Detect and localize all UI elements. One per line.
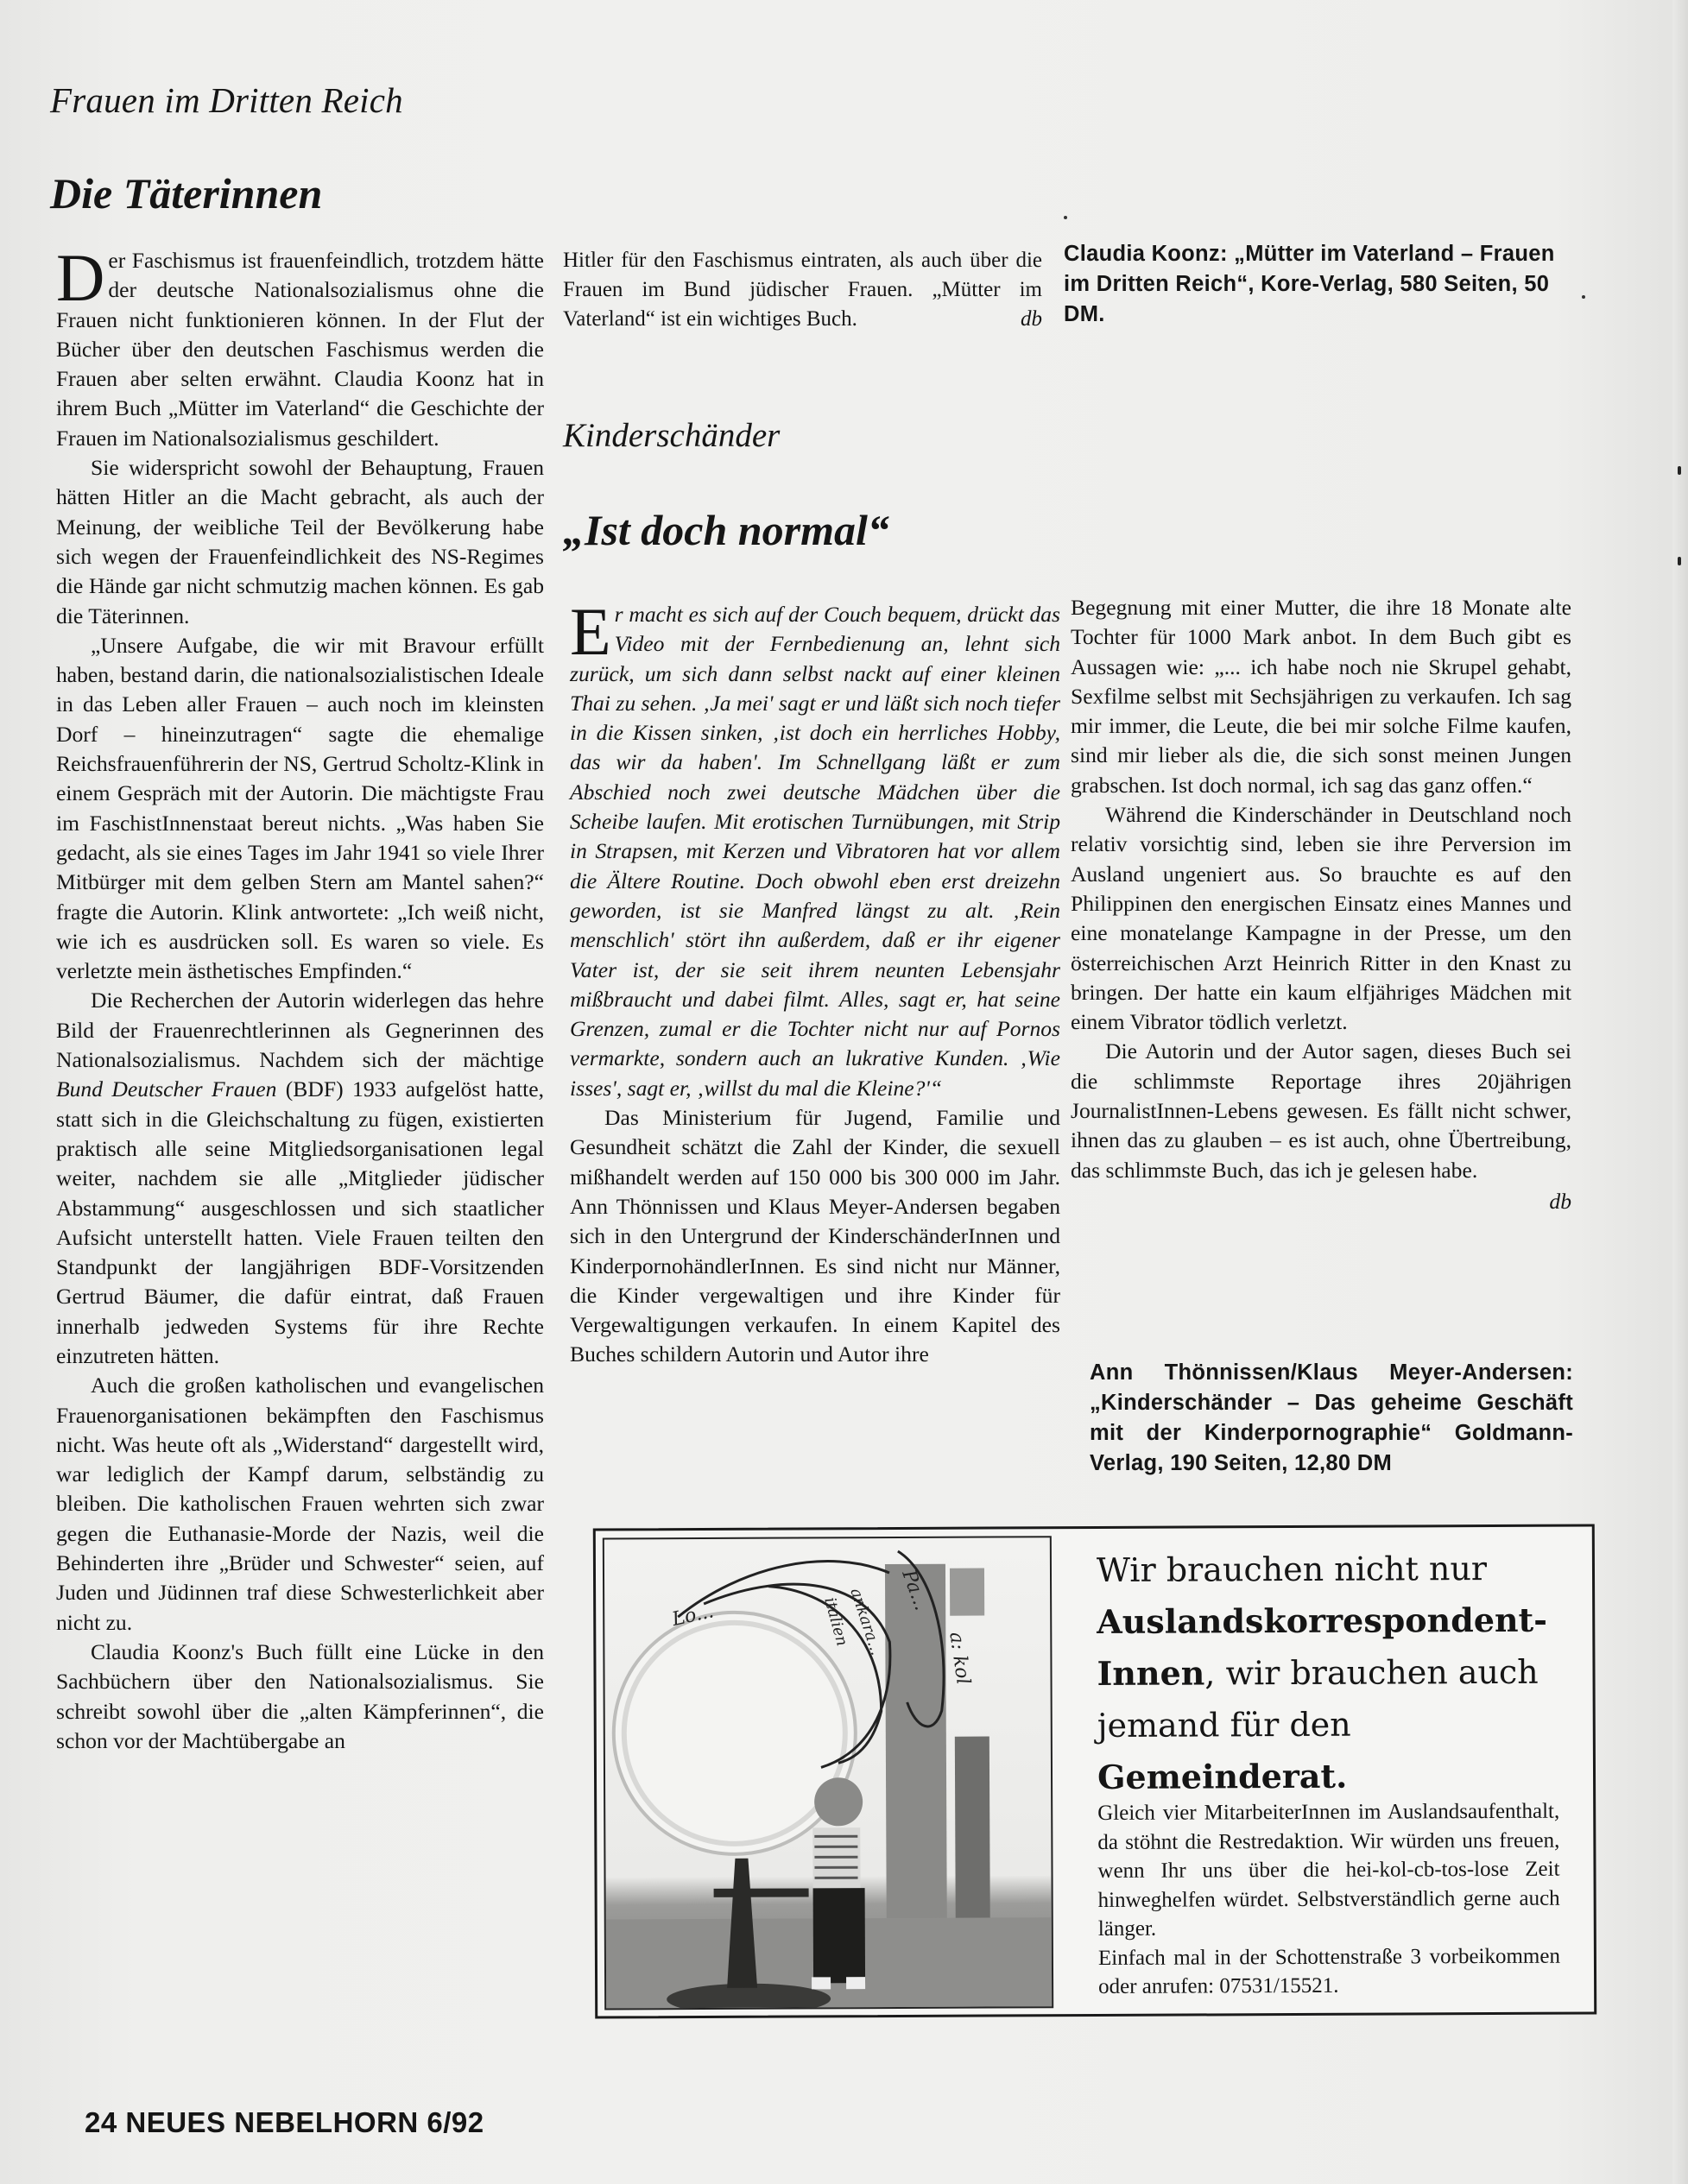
page-edge <box>1672 0 1688 2184</box>
page-footer: 24 NEUES NEBELHORN 6/92 <box>85 2106 484 2139</box>
article1-paragraph: Auch die großen katholischen und evangel… <box>56 1371 544 1638</box>
speck <box>1064 216 1067 219</box>
article1-headline: Die Täterinnen <box>50 168 322 218</box>
ad-headline: Wir brauchen nicht nur Auslandskorrespon… <box>1097 1543 1581 1803</box>
article2-paragraph: Während die Kinderschänder in Deutschlan… <box>1071 800 1571 1037</box>
edge-mark <box>1678 557 1681 565</box>
drop-cap: D <box>56 251 104 305</box>
article2-paragraph: Begegnung mit einer Mutter, die ihre 18 … <box>1071 593 1571 800</box>
speck <box>1582 295 1585 299</box>
article2-headline: „Ist doch normal“ <box>563 505 889 555</box>
article2-book-source: Ann Thönnissen/Klaus Meyer-Andersen: „Ki… <box>1090 1358 1573 1479</box>
ad-body: Gleich vier MitarbeiterInnen im Auslands… <box>1097 1797 1560 2002</box>
article1-column1: Der Faschismus ist frauenfeindlich, trot… <box>56 246 544 1756</box>
ad-body-text: Gleich vier MitarbeiterInnen im Auslands… <box>1097 1797 1560 1944</box>
article1-paragraph: Die Recherchen der Autorin widerlegen da… <box>56 986 544 1371</box>
article2-paragraph: Das Ministerium für Jugend, Familie und … <box>570 1103 1060 1370</box>
article1-kicker: Frauen im Dritten Reich <box>50 79 403 121</box>
edge-mark <box>1678 466 1681 475</box>
article2-column2: Begegnung mit einer Mutter, die ihre 18 … <box>1071 593 1571 1216</box>
author-signature: db <box>1071 1187 1571 1216</box>
article1-continuation: Hitler für den Faschismus eintraten, als… <box>563 246 1042 334</box>
ad-contact: Einfach mal in der Schottenstraße 3 vorb… <box>1098 1941 1560 2001</box>
recruitment-ad: Lo... Pa... ankara... italien a: kol Wir… <box>593 1524 1596 2018</box>
article2-intro: Er macht es sich auf der Couch bequem, d… <box>570 600 1060 1103</box>
globe-child-photo: Lo... Pa... ankara... italien a: kol <box>603 1536 1053 2010</box>
article2-column1: Er macht es sich auf der Couch bequem, d… <box>570 600 1060 1370</box>
article1-book-source: Claudia Koonz: „Mütter im Vaterland – Fr… <box>1064 239 1573 330</box>
article1-paragraph: Claudia Koonz's Buch füllt eine Lücke in… <box>56 1638 544 1756</box>
article2-kicker: Kinderschänder <box>563 416 780 455</box>
author-signature: db <box>1021 305 1042 334</box>
article2-paragraph: Die Autorin und der Autor sagen, dieses … <box>1071 1037 1571 1184</box>
drop-cap: E <box>570 605 611 659</box>
article1-paragraph: Der Faschismus ist frauenfeindlich, trot… <box>56 246 544 453</box>
svg-text:a: kol: a: kol <box>945 1631 974 1686</box>
organization-name: Bund Deutscher Frauen <box>56 1076 276 1101</box>
article1-paragraph: „Unsere Aufgabe, die wir mit Bravour erf… <box>56 631 544 987</box>
globe-illustration: Lo... Pa... ankara... italien a: kol <box>604 1537 1052 2008</box>
article1-paragraph: Sie widerspricht sowohl der Behauptung, … <box>56 453 544 631</box>
